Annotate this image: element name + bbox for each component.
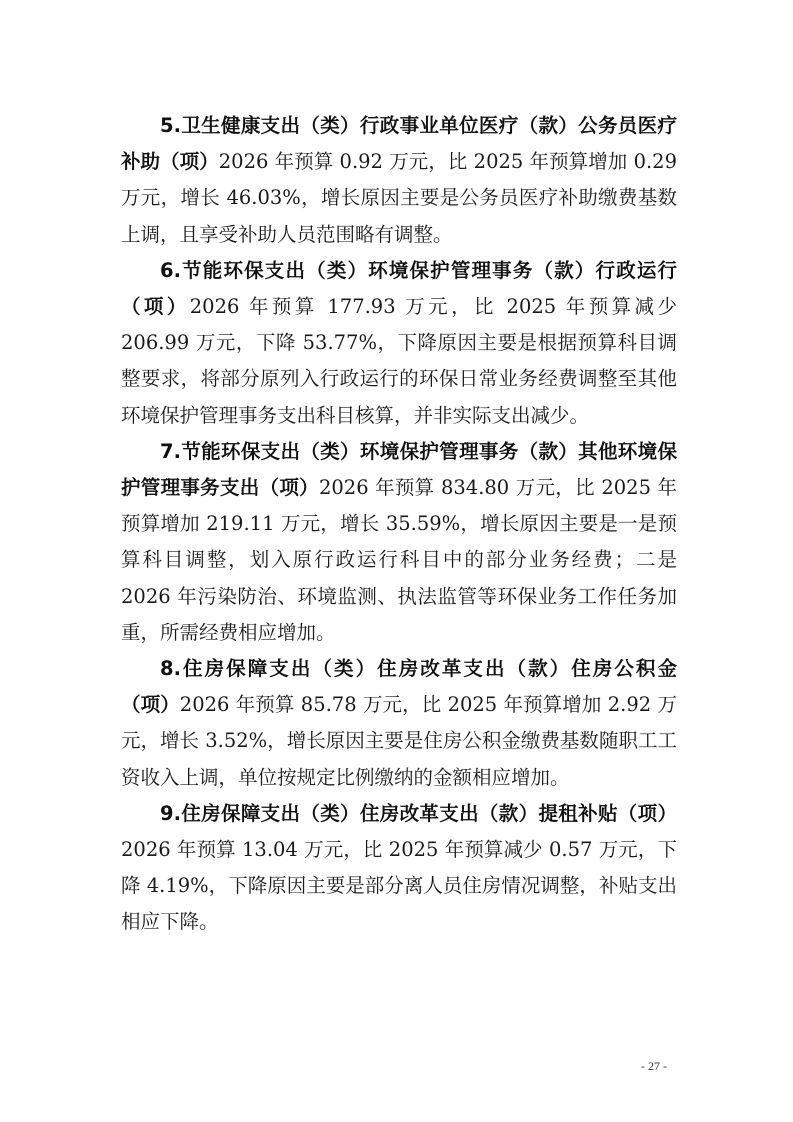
paragraph-body: 2026 年预算 85.78 万元，比 2025 年预算增加 2.92 万元，增… bbox=[121, 693, 677, 788]
paragraph-body: 2026 年预算 834.80 万元，比 2025 年预算增加 219.11 万… bbox=[121, 476, 677, 644]
paragraph-item-5: 5.卫生健康支出（类）行政事业单位医疗（款）公务员医疗补助（项）2026 年预算… bbox=[121, 108, 677, 253]
paragraph-item-9: 9.住房保障支出（类）住房改革支出（款）提租补贴（项）2026 年预算 13.0… bbox=[121, 796, 677, 941]
paragraph-body: 2026 年预算 177.93 万元，比 2025 年预算减少 206.99 万… bbox=[121, 295, 677, 427]
paragraph-item-6: 6.节能环保支出（类）环境保护管理事务（款）行政运行（项）2026 年预算 17… bbox=[121, 253, 677, 434]
paragraph-heading: 9.住房保障支出（类）住房改革支出（款）提租补贴（项） bbox=[160, 802, 677, 825]
page-number: - 27 - bbox=[641, 1059, 667, 1074]
paragraph-body: 2026 年预算 13.04 万元，比 2025 年预算减少 0.57 万元，下… bbox=[121, 838, 677, 933]
document-page: 5.卫生健康支出（类）行政事业单位医疗（款）公务员医疗补助（项）2026 年预算… bbox=[121, 108, 677, 941]
paragraph-item-8: 8.住房保障支出（类）住房改革支出（款）住房公积金（项）2026 年预算 85.… bbox=[121, 651, 677, 796]
paragraph-item-7: 7.节能环保支出（类）环境保护管理事务（款）其他环境保护管理事务支出（项）202… bbox=[121, 434, 677, 651]
